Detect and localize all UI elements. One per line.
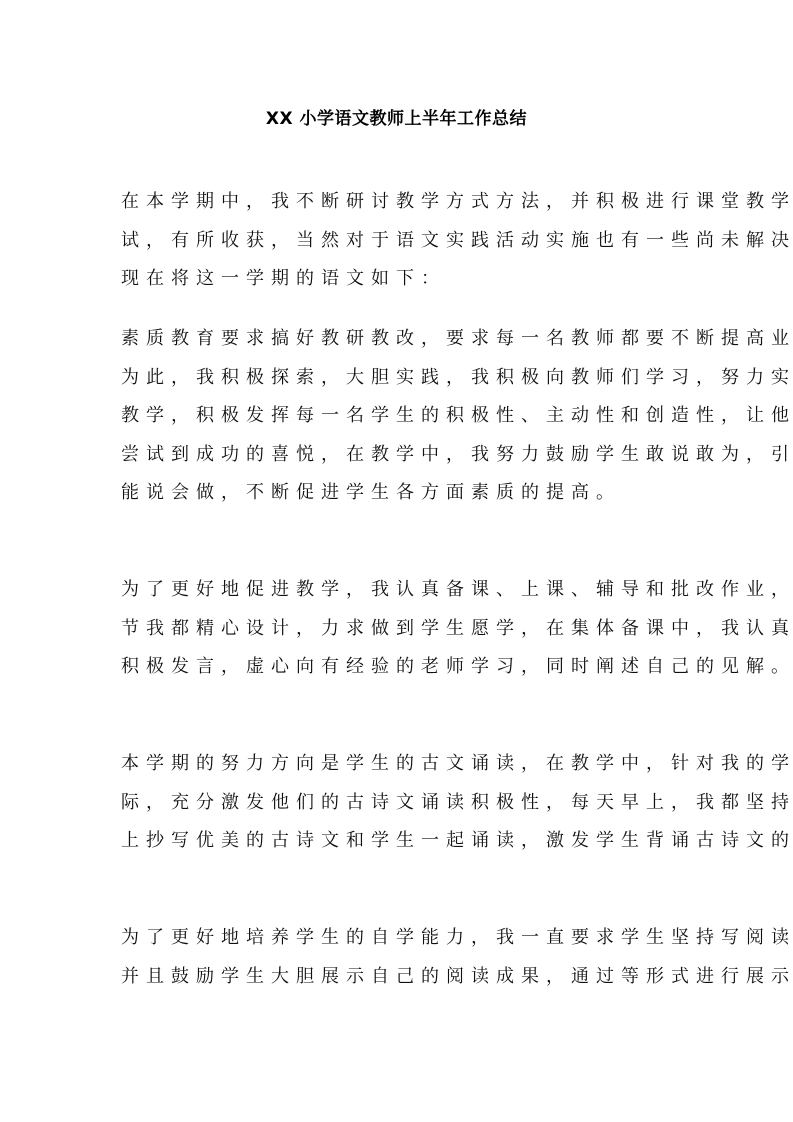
- paragraph-line: 上抄写优美的古诗文和学生一起诵读，激发学生背诵古诗文的兴趣。: [121, 822, 677, 861]
- paragraph-line: 现在将这一学期的语文如下：: [121, 260, 677, 299]
- paragraph-line: 节我都精心设计，力求做到学生愿学，在集体备课中，我认真记录，: [121, 610, 677, 649]
- paragraph-line: 积极发言，虚心向有经验的老师学习，同时阐述自己的见解。: [121, 648, 677, 687]
- paragraph-3: 为了更好地促进教学，我认真备课、上课、辅导和批改作业，每一环 节我都精心设计，力…: [121, 571, 677, 687]
- paragraph-line: 教学，积极发挥每一名学生的积极性、主动性和创造性，让他们真正: [121, 397, 677, 436]
- paragraph-line: 尝试到成功的喜悦，在教学中，我努力鼓励学生敢说敢为，引导学生: [121, 436, 677, 475]
- paragraph-line: 为此，我积极探索，大胆实践，我积极向教师们学习，努力实施创新: [121, 359, 677, 398]
- document-title: XX 小学语文教师上半年工作总结: [0, 104, 793, 129]
- paragraph-line: 在本学期中，我不断研讨教学方式方法，并积极进行课堂教学改革尝: [121, 183, 677, 222]
- paragraph-line: 本学期的努力方向是学生的古文诵读，在教学中，针对我的学生的实: [121, 745, 677, 784]
- paragraph-line: 为了更好地促进教学，我认真备课、上课、辅导和批改作业，每一环: [121, 571, 677, 610]
- paragraph-line: 试，有所收获，当然对于语文实践活动实施也有一些尚未解决的问题。: [121, 222, 677, 261]
- paragraph-line: 能说会做，不断促进学生各方面素质的提高。: [121, 474, 677, 513]
- paragraph-4: 本学期的努力方向是学生的古文诵读，在教学中，针对我的学生的实 际，充分激发他们的…: [121, 745, 677, 861]
- paragraph-line: 素质教育要求搞好教研教改，要求每一名教师都要不断提高业务素质，: [121, 320, 677, 359]
- paragraph-5: 为了更好地培养学生的自学能力，我一直要求学生坚持写阅读笔记， 并且鼓励学生大胆展…: [121, 919, 677, 996]
- paragraph-2: 素质教育要求搞好教研教改，要求每一名教师都要不断提高业务素质， 为此，我积极探索…: [121, 320, 677, 513]
- paragraph-line: 并且鼓励学生大胆展示自己的阅读成果，通过等形式进行展示。: [121, 958, 677, 997]
- paragraph-line: 为了更好地培养学生的自学能力，我一直要求学生坚持写阅读笔记，: [121, 919, 677, 958]
- paragraph-1: 在本学期中，我不断研讨教学方式方法，并积极进行课堂教学改革尝 试，有所收获，当然…: [121, 183, 677, 299]
- paragraph-line: 际，充分激发他们的古诗文诵读积极性，每天早上，我都坚持在黑板: [121, 784, 677, 823]
